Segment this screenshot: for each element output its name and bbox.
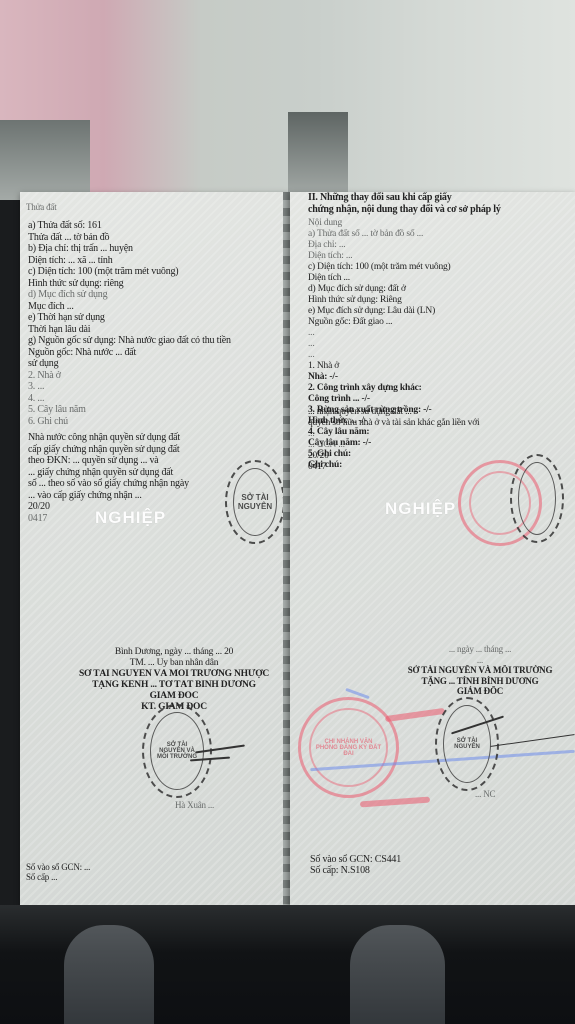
note-line: cấp giấy chứng nhận quyền sử dụng đất [28,444,189,456]
stamp-text: SỞ TÀI NGUYÊN [227,493,283,511]
detail-line: a) Thửa đất số ... tờ bản đồ số ... [308,229,451,240]
serial-number: Số vào sổ GCN: CS441 [310,854,401,865]
detail-line: Nhà: -/- [308,372,451,383]
org-line: GIÁM ĐỐC [60,691,288,702]
certificate-page-right: II. Những thay đổi sau khi cấp giấy chứn… [290,192,575,907]
sign-line: TM. ... Ủy ban nhân dân [60,658,288,669]
watermark-text: NGHIỆP [95,508,166,528]
detail-line: ... [308,328,451,339]
page-footer: Số vào sổ GCN: ... Số cấp ... [26,862,90,882]
detail-line: 1. Nhà ở [308,361,451,372]
detail-line: 2. Nhà ở [28,370,231,382]
background-shape [64,925,154,1024]
org-line: GIÁM ĐỐC [385,686,575,697]
detail-line: Hình thức sử dụng: riêng [28,278,231,290]
detail-line: Thời hạn lâu dài [28,324,231,336]
detail-line: Mục đích ... [28,301,231,313]
page-footer: Số vào sổ GCN: CS441 Số cấp: N.S108 [310,854,401,876]
detail-line: Thửa đất ... tờ bản đồ [28,232,231,244]
background-shadow [0,120,90,200]
detail-line: d) Mục đích sử dụng [28,289,231,301]
note-line: 0417 [308,462,480,473]
parcel-details: a) Thửa đất số: 161 Thửa đất ... tờ bản … [28,220,231,427]
detail-line: Công trình ... -/- [308,394,451,405]
signature-stroke [490,734,574,747]
note-line: quyền sở hữu nhà ở và tài sản khác gắn l… [308,418,480,429]
header-text: Thửa đất [26,202,57,214]
date-line: Bình Dương, ngày ... tháng ... 20 [60,647,288,658]
org-line: TẶNG ... TỈNH BÌNH DƯƠNG [385,676,575,687]
note-line: theo ĐKN: ... quyền sử dụng ... và [28,455,189,467]
issue-number: Số cấp: N.S108 [310,865,401,876]
red-ink-mark [360,797,430,808]
detail-line: e) Mục đích sử dụng: Lâu dài (LN) [308,306,451,317]
detail-line: Nội dung [308,218,451,229]
note-line: ... GCN ... [308,440,480,451]
official-stamp [510,454,564,543]
note-line: ... vào cấp giấy chứng nhận ... [28,490,189,502]
note-line: ... nhận quyền sử dụng đất ... [308,407,480,418]
official-stamp: SỞ TÀI NGUYÊN [225,460,285,544]
note-line: số ... theo số vào sổ giấy chứng nhận ng… [28,478,189,490]
background-photo-top [0,0,575,200]
detail-line: Diện tích: ... xã ... tỉnh [28,255,231,267]
detail-line: Diện tích: ... [308,251,451,262]
detail-line: Nguồn gốc: Nhà nước ... đất [28,347,231,359]
red-ink-mark [385,708,445,722]
org-line: SỞ TÀI NGUYÊN VÀ MÔI TRƯỜNG NHƯỢC [60,669,288,680]
background-shape [350,925,445,1024]
issue-number: Số cấp ... [26,872,90,882]
signer-name: Hà Xuân ... [175,800,214,812]
background-photo-bottom [0,905,575,1024]
detail-line: b) Địa chỉ: thị trấn ... huyện [28,243,231,255]
detail-line: 4. ... [28,393,231,405]
org-line: SỞ TÀI NGUYÊN VÀ MÔI TRƯỜNG [385,665,575,676]
note-line: Nhà nước công nhận quyền sử dụng đất [28,432,189,444]
watermark-text: NGHIỆP [385,499,456,519]
detail-line: 6. Ghi chú [28,416,231,428]
detail-line: Diện tích ... [308,273,451,284]
detail-line: d) Mục đích sử dụng: đất ở [308,284,451,295]
note-line: ... giấy chứng nhận quyền sử dụng đất [28,467,189,479]
header-line: chứng nhận, nội dung thay đổi và cơ sở p… [308,204,501,216]
detail-line: a) Thửa đất số: 161 [28,220,231,232]
detail-line: 2. Công trình xây dựng khác: [308,383,451,394]
detail-line: sử dụng [28,358,231,370]
detail-line: Hình thức sử dụng: Riêng [308,295,451,306]
note-line: 20/20 [308,451,480,462]
sign-line: ... [385,655,575,666]
date-line: ... ngày ... tháng ... [385,644,575,655]
detail-line: g) Nguồn gốc sử dụng: Nhà nước giao đất … [28,335,231,347]
note-line: ... [308,429,480,440]
page-header: Thửa đất [26,202,57,214]
red-stamp: CHI NHÁNH VĂN PHÒNG ĐĂNG KÝ ĐẤT ĐAI [298,697,399,798]
background-shadow [288,112,348,202]
detail-line: e) Thời hạn sử dụng [28,312,231,324]
detail-line: c) Diện tích: 100 (một trăm mét vuông) [308,262,451,273]
note-paragraph: ... nhận quyền sử dụng đất ... quyền sở … [308,407,480,473]
header-line: II. Những thay đổi sau khi cấp giấy [308,192,501,204]
certificate-page-left: Thửa đất a) Thửa đất số: 161 Thửa đất ..… [20,192,288,907]
page-header: II. Những thay đổi sau khi cấp giấy chứn… [308,192,501,215]
signature-block: ... ngày ... tháng ... ... SỞ TÀI NGUYÊN… [385,644,575,697]
signer-name: ... NC [475,789,495,801]
detail-line: Nguồn gốc: Đất giao ... [308,317,451,328]
detail-line: ... [308,350,451,361]
org-line: TẶNG KÊNH ... TỜ TẤT BÌNH DƯƠNG [60,680,288,691]
detail-line: Địa chỉ: ... [308,240,451,251]
stamp-text: SỞ TÀI NGUYÊN [437,728,497,760]
detail-line: 3. ... [28,381,231,393]
serial-number: Số vào sổ GCN: ... [26,862,90,872]
official-stamp: SỞ TÀI NGUYÊN [435,697,499,791]
detail-line: 5. Cây lâu năm [28,404,231,416]
detail-line: ... [308,339,451,350]
detail-line: c) Diện tích: 100 (một trăm mét vuông) [28,266,231,278]
